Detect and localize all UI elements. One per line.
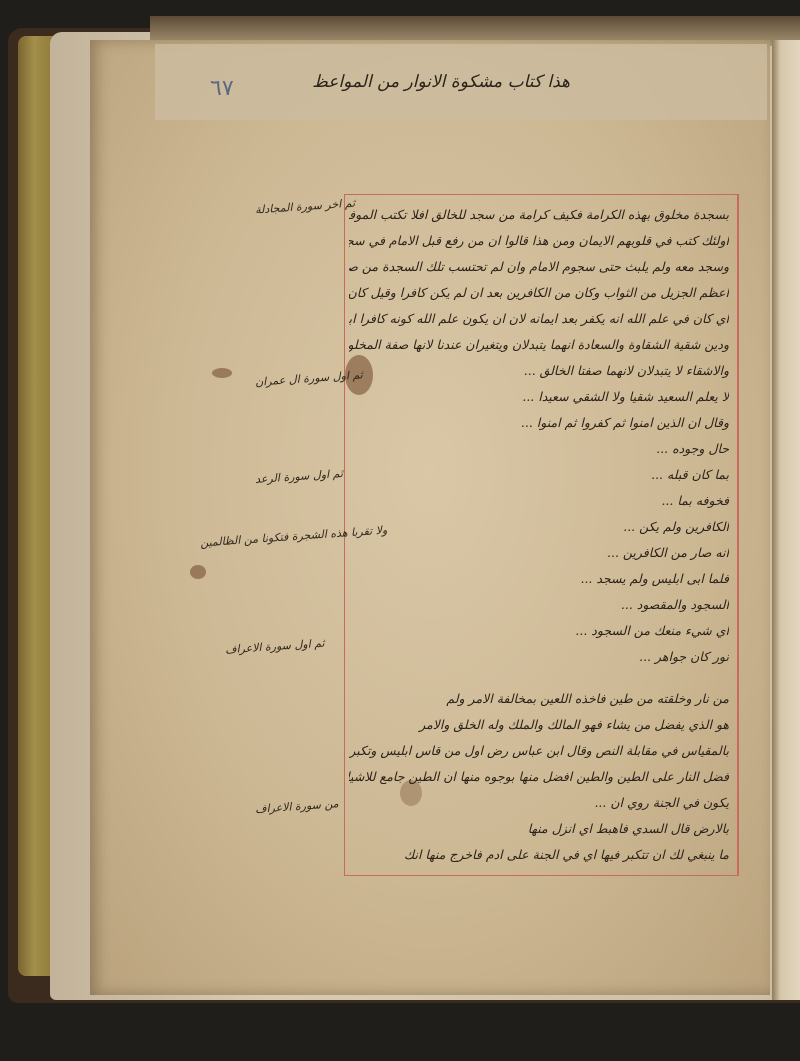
text-line: اعظم الجزيل من الثواب وكان من الكافرين ب… [349,285,729,300]
text-line: يكون في الجنة روي ان ... [349,795,729,810]
text-line: بالارض قال السدي فاهبط اي انزل منها [349,821,729,836]
text-line: هو الذي يفضل من يشاء فهو المالك والملك و… [349,717,729,732]
stain [212,368,232,378]
text-line: نور كان جواهر ... [349,649,729,664]
folio-number: ٦٧ [210,76,234,101]
stain [190,565,206,579]
text-line: انه صار من الكافرين ... [349,545,729,560]
text-line: فخوفه بما ... [349,493,729,508]
text-line: والاشقاء لا يتبدلان لانهما صفتا الخالق .… [349,363,729,378]
text-line: وقال ان الذين امنوا ثم كفروا ثم امنوا ..… [349,415,729,430]
main-text-block: بسجدة مخلوق بهذه الكرامة فكيف كرامة من س… [344,194,739,876]
text-line: ودين شقية الشقاوة والسعادة انهما يتبدلان… [349,337,729,352]
text-line: فلما ابى ابليس ولم يسجد ... [349,571,729,586]
text-line: ما ينبغي لك ان تتكبر فيها اي في الجنة عل… [349,847,729,862]
facing-page-edge [772,40,800,1000]
text-line: لا يعلم السعيد شقيا ولا الشقي سعيدا ... [349,389,729,404]
text-line: الكافرين ولم يكن ... [349,519,729,534]
text-line: بما كان قبله ... [349,467,729,482]
text-line: فضل النار على الطين والطين افضل منها بوج… [349,769,729,784]
text-line: حال وجوده ... [349,441,729,456]
text-line: وسجد معه ولم يلبث حتى سجوم الامام وان لم… [349,259,729,274]
text-line: اولئك كتب في قلوبهم الايمان ومن هذا قالو… [349,233,729,248]
header-title: هذا كتاب مشكوة الانوار من المواعظ [312,72,570,92]
text-line: السجود والمقصود ... [349,597,729,612]
text-line: اي شيء منعك من السجود ... [349,623,729,638]
text-line: من نار وخلقته من طين فاخذه اللعين بمخالف… [349,691,729,706]
text-line: بالمقياس في مقابلة النص وقال ابن عباس رض… [349,743,729,758]
text-line: اي كان في علم الله انه يكفر بعد ايمانه ل… [349,311,729,326]
text-line: بسجدة مخلوق بهذه الكرامة فكيف كرامة من س… [349,207,729,222]
